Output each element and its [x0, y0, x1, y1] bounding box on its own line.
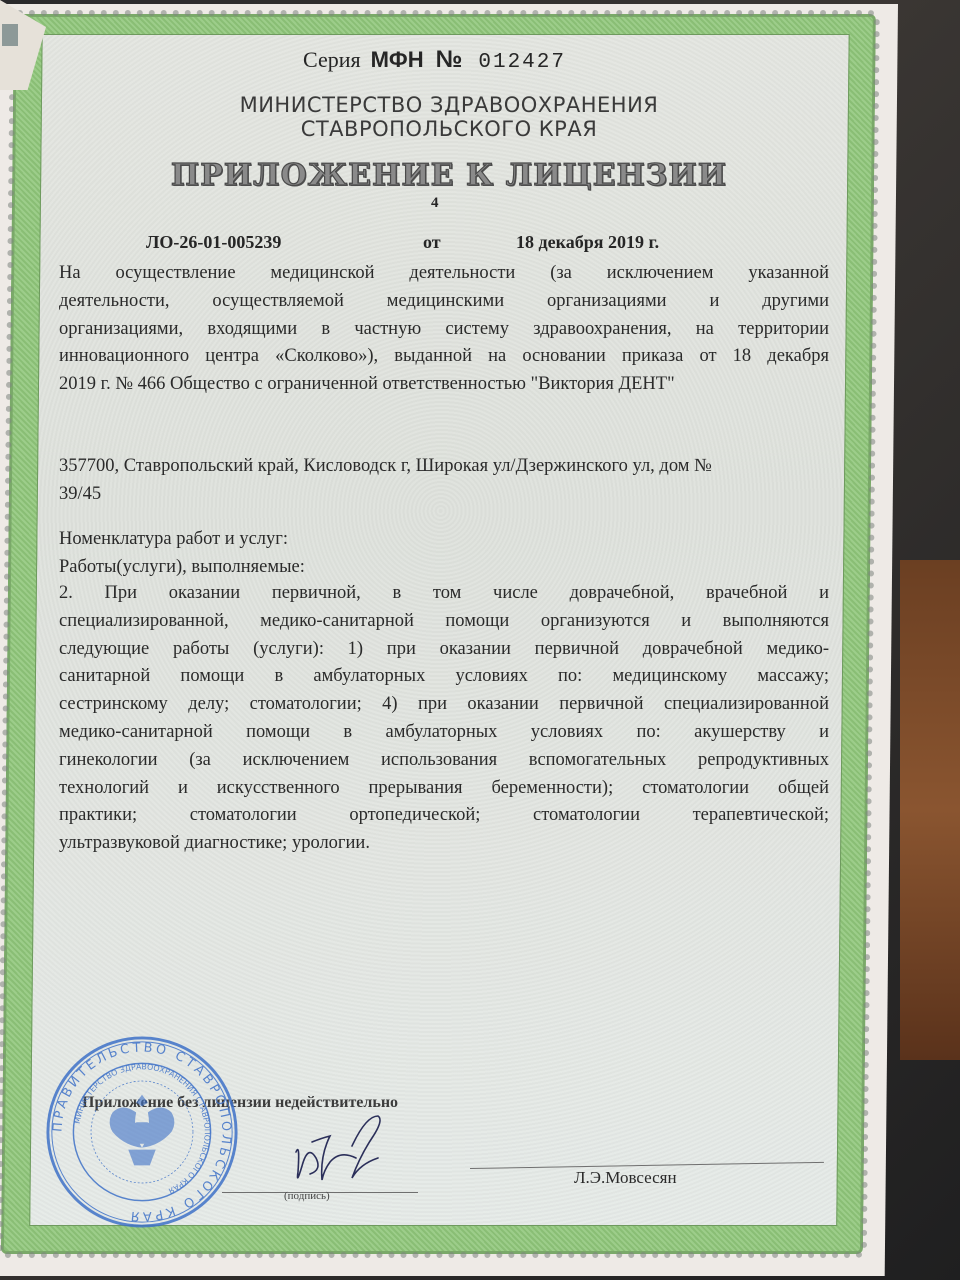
text-line: практики; стоматологии ортопедической; с…: [59, 802, 829, 830]
signer-name: Л.Э.Мовсесян: [574, 1168, 677, 1188]
text-line: организациями, входящими в частную систе…: [59, 316, 829, 344]
nomenclature-heading: Номенклатура работ и услуг:: [59, 526, 829, 554]
number-sign: №: [436, 46, 463, 73]
address-block: 357700, Ставропольский край, Кисловодск …: [59, 453, 829, 509]
text-line: 2019 г. № 466 Общество с ограниченной от…: [59, 371, 829, 399]
text-line: специализированной, медико-санитарной по…: [59, 608, 829, 636]
text-line: 39/45: [59, 481, 829, 509]
text-line: медико-санитарной помощи в амбулаторных …: [59, 719, 829, 747]
text-line: гинекологии (за исключением использовани…: [59, 747, 829, 775]
text-line: санитарной помощи в амбулаторных условия…: [59, 663, 829, 691]
nomenclature-headings: Номенклатура работ и услуг: Работы(услуг…: [59, 526, 829, 582]
license-number: ЛО-26-01-005239: [146, 232, 281, 253]
text-line: технологий и искусственного прерывания б…: [59, 775, 829, 803]
text-line: следующие работы (услуги): 1) при оказан…: [59, 636, 829, 664]
works-heading: Работы(услуги), выполняемые:: [59, 554, 829, 582]
series-label: Серия: [303, 47, 361, 72]
series-line: СерияМФН№012427: [303, 46, 566, 74]
document-content: СерияМФН№012427 МИНИСТЕРСТВО ЗДРАВООХРАН…: [0, 0, 960, 1280]
signature-caption: (подпись): [284, 1190, 330, 1202]
series-number: 012427: [478, 51, 566, 74]
services-list: 2. При оказании первичной, в том числе д…: [59, 580, 829, 858]
text-line: сестринскому делу; стоматологии; 4) при …: [59, 691, 829, 719]
text-line: На осуществление медицинской деятельност…: [59, 260, 829, 288]
text-line: 357700, Ставропольский край, Кисловодск …: [59, 453, 829, 481]
text-line: ультразвуковой диагностике; урологии.: [59, 830, 829, 858]
text-line: 2. При оказании первичной, в том числе д…: [59, 580, 829, 608]
text-line: деятельности, осуществляемой медицинским…: [59, 288, 829, 316]
document-title: ПРИЛОЖЕНИЕ К ЛИЦЕНЗИИ: [0, 158, 898, 193]
license-date: 18 декабря 2019 г.: [516, 232, 659, 253]
signature-icon: [282, 1112, 422, 1192]
ministry-name-line2: СТАВРОПОЛЬСКОГО КРАЯ: [0, 117, 898, 141]
license-description: На осуществление медицинской деятельност…: [59, 260, 829, 399]
from-label: от: [423, 232, 441, 253]
text-line: инновационного центра «Сколково»), выдан…: [59, 343, 829, 371]
official-seal-icon: ПРАВИТЕЛЬСТВО СТАВРОПОЛЬСКОГО КРАЯ МИНИС…: [44, 1034, 240, 1230]
sheet-number: 4: [431, 195, 439, 212]
ministry-name-line1: МИНИСТЕРСТВО ЗДРАВООХРАНЕНИЯ: [0, 93, 898, 117]
series-code: МФН: [371, 47, 424, 72]
